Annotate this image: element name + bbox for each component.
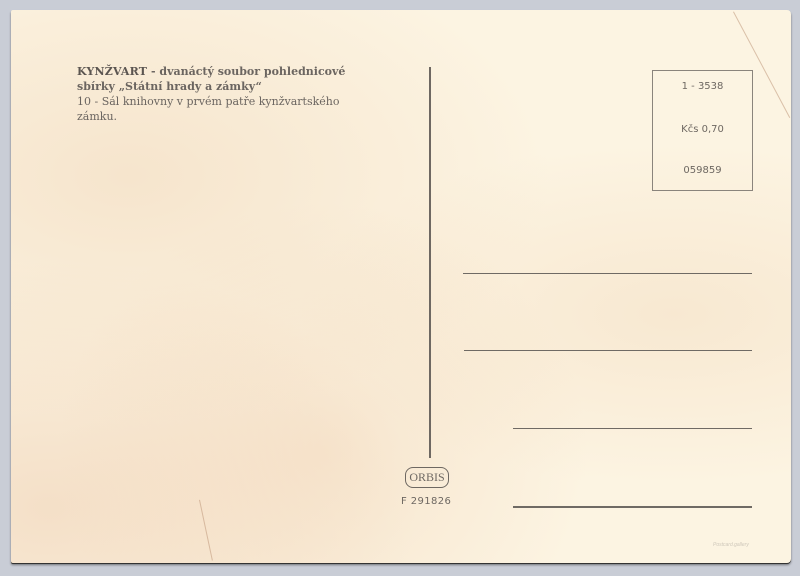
postcard-caption: KYNŽVART - dvanáctý soubor pohlednicové … [77,64,407,124]
stamp-box: 1 - 3538 Kčs 0,70 059859 [652,70,753,191]
orbis-logo: ORBIS [405,467,449,488]
address-line-1 [463,273,752,274]
stamp-price: Kčs 0,70 [653,124,752,135]
caption-title: KYNŽVART [77,65,147,78]
caption-line3: 10 - Sál knihovny v prvém patře kynžvart… [77,94,407,109]
stamp-code: 1 - 3538 [653,81,752,92]
address-line-3 [513,428,752,429]
caption-line4: zámku. [77,109,407,124]
caption-line2: sbírky „Státní hrady a zámky“ [77,79,407,94]
caption-line1: - dvanáctý soubor pohlednicové [147,65,345,78]
address-line-4 [513,506,752,508]
stamp-serial: 059859 [653,165,752,176]
center-divider [429,67,431,458]
watermark: Postcard.gallery [713,542,749,548]
paper-crease [199,500,213,561]
address-line-2 [464,350,752,351]
print-number: F 291826 [401,496,451,507]
